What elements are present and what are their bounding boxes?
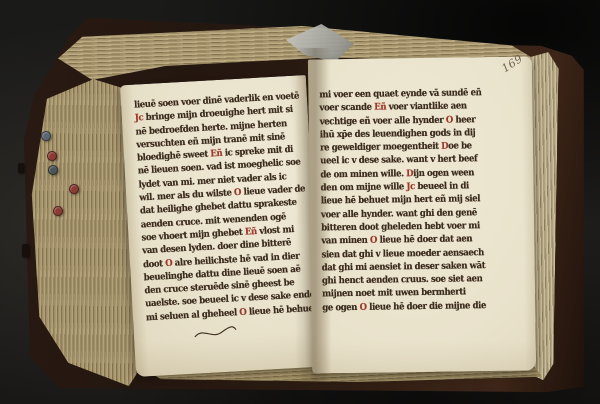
ink-text: voer viantlike aen [386, 101, 467, 113]
ink-text: ijn ogen ween [413, 167, 474, 179]
right-page: mi voer een quaet eynde vā sundē eñvoer … [308, 56, 536, 373]
ink-text: heer [453, 114, 476, 125]
pen-flourish [192, 323, 239, 342]
ink-text: mi seluen al gheheel [146, 307, 240, 323]
ink-text: sien dat ghi v lieue moeder aensaech [321, 247, 484, 260]
rubric-initial: Eñ [245, 226, 257, 238]
clasp-remnant [22, 244, 29, 257]
ink-text: beueel in di [415, 180, 469, 192]
ink-text: voer scande [319, 102, 374, 114]
ink-text: ihū xp̄e des leuendighen gods in dij [320, 127, 476, 140]
ink-text: van minen [321, 235, 370, 247]
bookmark-tab [47, 151, 57, 161]
ink-text: mi voer een quaet eynde vā sundē eñ [319, 87, 481, 100]
ink-text: de om minen wille. [320, 168, 406, 180]
bookmark-tab [48, 165, 58, 175]
bookmark-tab [53, 206, 63, 216]
right-page-text-block: mi voer een quaet eynde vā sundē eñvoer … [319, 86, 518, 315]
ink-text: mijnen noet mit uwen bermherti [322, 287, 466, 300]
ink-text: vechtige eñ voer alle hynder [320, 114, 446, 127]
ink-text: vlost mi [257, 224, 295, 237]
ink-text: ueel ic v dese sake. want v hert beef [320, 154, 477, 167]
ink-text: doot [143, 258, 166, 270]
left-page: lieuē soen voer dinē vaderlik en voetēJc… [120, 75, 322, 377]
ink-text: lieue hē behuet mijn hert eñ mij siel [321, 194, 480, 207]
clasp-remnant [18, 163, 24, 173]
ink-text: lieue hē doer dat aen [377, 234, 472, 246]
text-line: ge ogen O lieue hē doer die mijne die [322, 299, 504, 315]
manuscript-photo: lieuē soen voer dinē vaderlik en voetēJc… [0, 0, 600, 404]
rubric-initial: Eñ [210, 148, 222, 160]
ink-text: re geweldiger moegentheit [320, 141, 441, 154]
ink-text: lieue hē behuet [246, 303, 317, 318]
ink-text: dat ghi mi aensiet in deser saken wāt [322, 260, 486, 273]
ink-text: bitteren doot gheleden hebt voer mi [321, 220, 480, 233]
ink-text: ghi henct aenden cruus. soe siet aen [322, 273, 483, 286]
bookmark-tab [41, 131, 51, 141]
ink-text: lieue hē doer die mijne die [367, 300, 486, 313]
left-page-text-block: lieuē soen voer dinē vaderlik en voetēJc… [134, 89, 316, 324]
ink-text: oe be [448, 140, 472, 151]
ink-text: ge ogen [322, 302, 359, 314]
rubric-initial: Eñ [374, 102, 386, 113]
ink-text: voer alle hynder. want ghi den genē [321, 207, 477, 220]
bookmark-tab [69, 184, 79, 194]
ink-text: den om mijne wille [321, 181, 407, 193]
